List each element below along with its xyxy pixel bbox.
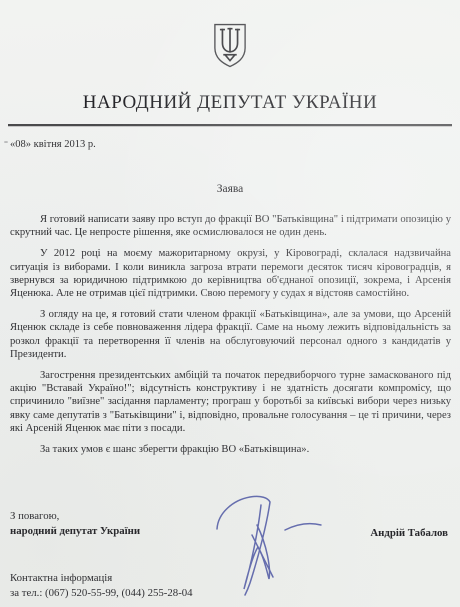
closing-role: народний депутат України [10, 524, 140, 539]
ukraine-trident-emblem-icon [211, 22, 249, 69]
scan-artifact [4, 141, 8, 143]
paragraph-2: У 2012 році на моєму мажоритарному окруз… [10, 247, 451, 300]
contact-label: Контактна інформація [10, 571, 193, 586]
letter-body: Я готовий написати заяву про вступ до фр… [10, 213, 451, 464]
closing-respectfully: З повагою, [10, 509, 140, 524]
paragraph-1: Я готовий написати заяву про вступ до фр… [10, 213, 451, 239]
letterhead-title: НАРОДНИЙ ДЕПУТАТ УКРАЇНИ [0, 92, 460, 114]
letter-subject: Заява [0, 183, 460, 195]
signer-name: Андрій Табалов [370, 527, 448, 539]
date-line: «08» квітня 2013 р. [10, 139, 96, 150]
letterhead-divider [8, 124, 452, 126]
paragraph-4: Загострення президентських амбіцій та по… [10, 369, 451, 435]
paragraph-5: За таких умов є шанс зберегти фракцію ВО… [10, 443, 451, 456]
contact-block: Контактна інформація за тел.: (067) 520-… [10, 571, 193, 600]
contact-phones: за тел.: (067) 520-55-99, (044) 255-28-0… [10, 586, 193, 601]
handwritten-signature-icon [205, 477, 327, 603]
closing-block: З повагою, народний депутат України [10, 509, 140, 539]
scanned-letter-page: НАРОДНИЙ ДЕПУТАТ УКРАЇНИ «08» квітня 201… [0, 0, 460, 607]
paragraph-3: З огляду на це, я готовий стати членом ф… [10, 308, 451, 361]
